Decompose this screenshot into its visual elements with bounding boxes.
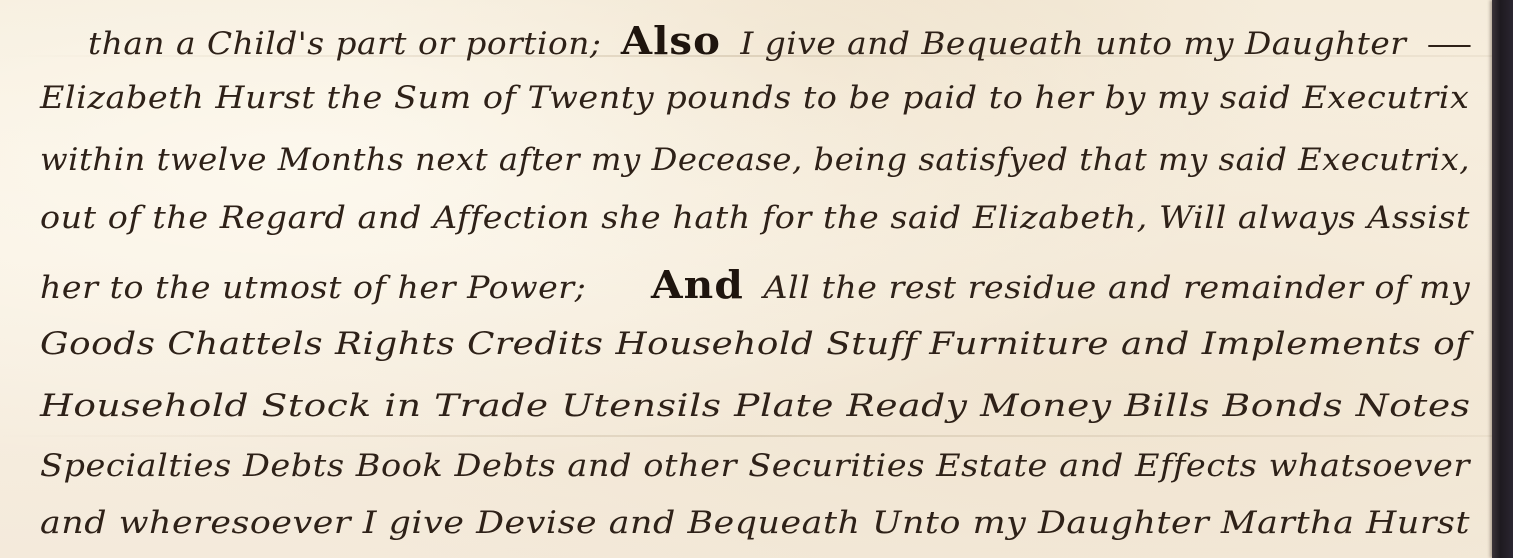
- line-text: than a Child's part or portion;: [88, 26, 601, 62]
- line-text: Household Stock in Trade Utensils Plate …: [40, 388, 1471, 424]
- text-line-4: out of the Regard and Affection she hath…: [40, 200, 1470, 236]
- text-line-3: within twelve Months next after my Decea…: [40, 142, 1470, 178]
- decorative-initial-also: Also: [621, 18, 721, 63]
- line-filler-dash: [1428, 45, 1470, 47]
- manuscript-page: than a Child's part or portion; Also I g…: [0, 0, 1492, 558]
- book-binding-edge: [1492, 0, 1513, 558]
- text-line-5: her to the utmost of her Power; And All …: [40, 262, 1470, 307]
- text-line-1: than a Child's part or portion; Also I g…: [88, 18, 1470, 63]
- text-line-8: Specialties Debts Book Debts and other S…: [40, 448, 1470, 484]
- text-line-6: Goods Chattels Rights Credits Household …: [40, 326, 1469, 362]
- paper-fold-line: [0, 435, 1492, 437]
- line-text: All the rest residue and remainder of my: [764, 270, 1471, 306]
- line-text: I give and Bequeath unto my Daughter: [740, 26, 1406, 62]
- text-line-2: Elizabeth Hurst the Sum of Twenty pounds…: [40, 80, 1469, 116]
- line-text: Specialties Debts Book Debts and other S…: [40, 448, 1470, 484]
- line-text: Goods Chattels Rights Credits Household …: [40, 326, 1469, 362]
- text-line-7: Household Stock in Trade Utensils Plate …: [40, 388, 1471, 424]
- line-text: Elizabeth Hurst the Sum of Twenty pounds…: [40, 80, 1469, 116]
- line-text: her to the utmost of her Power;: [40, 270, 586, 306]
- decorative-initial-and: And: [651, 262, 744, 307]
- text-line-9: and wheresoever I give Devise and Bequea…: [40, 505, 1470, 541]
- line-text: out of the Regard and Affection she hath…: [40, 200, 1470, 236]
- line-text: and wheresoever I give Devise and Bequea…: [40, 505, 1470, 541]
- line-text: within twelve Months next after my Decea…: [40, 142, 1470, 178]
